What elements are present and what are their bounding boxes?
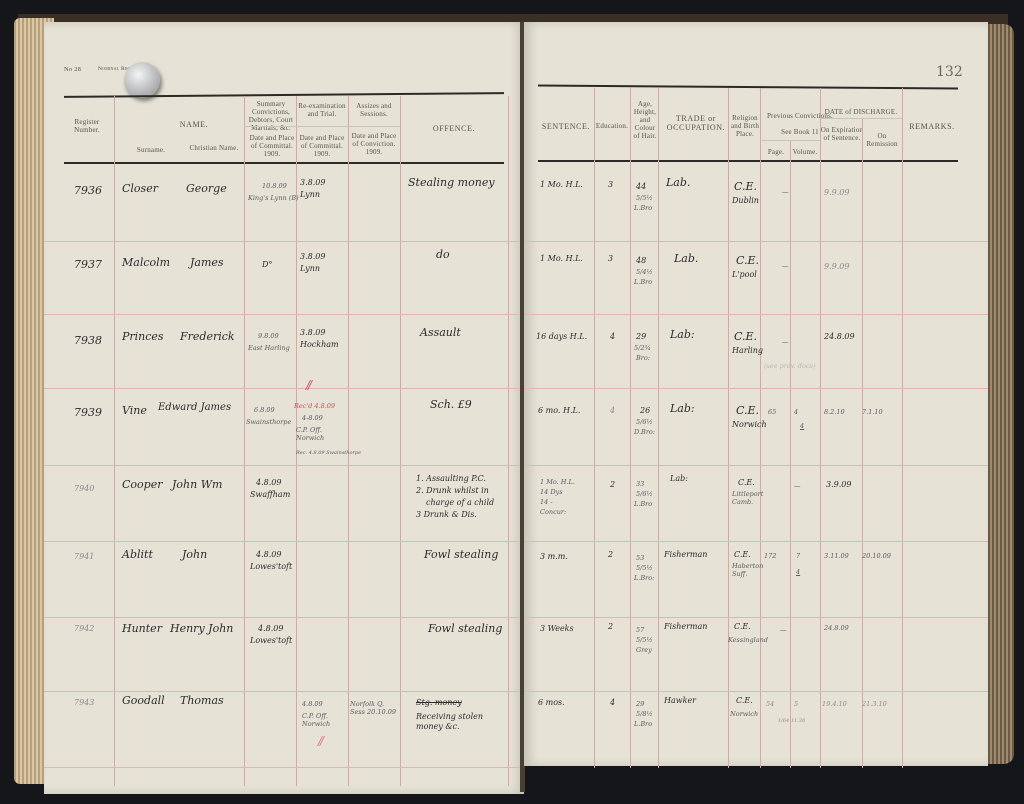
education: 4	[610, 698, 615, 708]
trade: Lab.	[666, 176, 690, 190]
summary-date: D°	[262, 260, 272, 270]
christian-name: Henry John	[170, 622, 233, 636]
sentence: 16 days H.L.	[536, 332, 587, 342]
surname: Goodall	[122, 694, 165, 708]
header-page: Page.	[762, 148, 790, 156]
row-divider	[44, 465, 524, 466]
offence-line: charge of a child	[426, 498, 494, 508]
prev-page: 65	[768, 408, 776, 416]
offence-line: 2. Drunk whilst in	[416, 486, 489, 496]
prev-page: —	[782, 262, 789, 270]
offence: Receiving stolen money &c.	[416, 712, 500, 732]
row-divider	[44, 314, 524, 315]
christian-name: Frederick	[180, 330, 235, 344]
hair: Grey	[636, 646, 652, 654]
offence-line: 1. Assaulting P.C.	[416, 474, 486, 484]
offence: Fowl stealing	[428, 622, 502, 636]
header-subdivider	[762, 140, 820, 141]
height: 5/5½	[636, 636, 653, 644]
sentence: 3 m.m.	[540, 552, 568, 562]
prev-extra: 4	[796, 568, 800, 576]
birth-place: Haberton Suff.	[732, 562, 762, 578]
on-expiration: 3.9.09	[826, 480, 851, 490]
header-reexam-date: Date and Place of Committal. 1909.	[298, 134, 346, 158]
christian-name: John	[182, 548, 207, 562]
surname: Ablitt	[122, 548, 153, 562]
col-divider	[728, 88, 729, 768]
register-number: 7937	[74, 258, 102, 272]
trade: Lab:	[670, 474, 688, 484]
row-divider	[524, 388, 988, 389]
register-number: 7938	[74, 334, 102, 348]
sentence: 3 Weeks	[540, 624, 574, 634]
height: 5/6½	[636, 490, 653, 498]
religion: C.E.	[734, 550, 751, 560]
prev-page: 54	[766, 700, 774, 708]
sentence: 6 mo. H.L.	[538, 406, 580, 416]
sentence: 1 Mo. H.L.	[540, 180, 583, 190]
header-education: Education.	[594, 122, 630, 130]
header-subdivider	[820, 118, 902, 119]
birth-place: Littleport Camb.	[732, 490, 762, 506]
height: 5/4½	[636, 268, 653, 276]
row-divider	[44, 767, 524, 768]
prev-page: 172	[764, 552, 776, 560]
reexam-date: 3.8.09	[300, 252, 325, 262]
header-assizes: Assizes and Sessions.	[350, 102, 398, 118]
christian-name: James	[190, 256, 224, 270]
header-name: NAME.	[134, 120, 254, 129]
prev-extra: 4	[800, 422, 804, 430]
col-divider	[114, 96, 115, 786]
offence-struck: Stg. money	[416, 698, 462, 708]
height: 5/5½	[636, 194, 653, 202]
religion: C.E.	[736, 254, 759, 268]
row-divider	[44, 541, 524, 542]
prev-page: —	[794, 482, 801, 490]
header-reexamination: Re-examination and Trial.	[298, 102, 346, 118]
register-number: 7940	[74, 484, 94, 494]
religion: C.E.	[736, 696, 753, 706]
birth-place: Norwich	[732, 420, 767, 430]
metal-pin	[124, 62, 160, 98]
education: 2	[610, 480, 615, 490]
height: 5/8½	[636, 710, 653, 718]
page-number: 132	[936, 64, 963, 80]
surname: Vine	[122, 404, 147, 418]
offence: Stealing money	[408, 176, 495, 190]
summary-date: 10.8.09	[262, 182, 287, 190]
christian-name: John Wm	[172, 478, 222, 492]
assizes: Norfolk Q. Sess 20.10.09	[350, 700, 398, 716]
trade: Lab:	[670, 328, 695, 342]
reexam-date: 4.8.09	[302, 700, 323, 708]
red-check-mark: //	[306, 378, 310, 393]
header-christian-name: Christian Name.	[174, 144, 254, 152]
header-rule-bottom	[64, 162, 504, 164]
christian-name: Edward James	[158, 402, 231, 415]
religion: C.E.	[734, 622, 751, 632]
trade: Fisherman	[664, 622, 707, 632]
on-remission: 7.1.10	[862, 408, 883, 416]
sentence-line: Concur:	[540, 508, 566, 516]
surname: Malcolm	[122, 256, 170, 270]
reexam-place: C.P. Off. Norwich	[302, 712, 348, 728]
height: 5/5½	[636, 564, 653, 572]
left-page: No 28 Nominal Register Register Number. …	[44, 22, 524, 794]
sentence-line: 14 -	[540, 498, 553, 506]
header-age-height: Age, Height, and Colour of Hair.	[632, 100, 658, 140]
header-volume: Volume.	[790, 148, 820, 156]
hair: L.Bro	[634, 500, 652, 508]
page-edges-right	[988, 24, 1014, 764]
on-remission: 20.10.09	[862, 552, 891, 560]
on-expiration: 9.9.09	[824, 262, 849, 272]
col-divider	[820, 88, 821, 768]
summary-date: 4.8.09	[256, 550, 281, 560]
summary-date: 9.8.09	[258, 332, 279, 340]
col-divider	[902, 88, 903, 768]
surname: Cooper	[122, 478, 162, 492]
religion: C.E.	[736, 404, 759, 418]
on-expiration: 19.4.10	[822, 700, 847, 708]
age: 44	[636, 182, 646, 192]
birth-place: L'pool	[732, 270, 757, 280]
col-divider	[244, 96, 245, 786]
hair: L.Bro	[634, 204, 652, 212]
red-check-mark: //	[318, 734, 322, 749]
offence: do	[436, 248, 450, 262]
education: 3	[608, 180, 613, 190]
summary-date: 6.8.09	[254, 406, 275, 414]
on-expiration: 9.9.09	[824, 188, 849, 198]
row-divider	[524, 241, 988, 242]
surname: Closer	[122, 182, 158, 196]
age: 53	[636, 554, 644, 562]
row-divider	[44, 241, 524, 242]
col-divider	[594, 88, 595, 768]
prev-page: —	[782, 188, 789, 196]
prev-volume: 4	[794, 408, 798, 416]
summary-place: Lowes'toft	[250, 562, 292, 572]
birth-place: Harling	[732, 346, 763, 356]
education: 4	[610, 406, 615, 416]
col-divider	[508, 96, 509, 786]
col-divider	[348, 96, 349, 786]
register-number: 7942	[74, 624, 94, 634]
education: 3	[608, 254, 613, 264]
hair: L.Bro:	[634, 574, 654, 582]
register-number: 7936	[74, 184, 102, 198]
row-divider	[44, 388, 524, 389]
summary-place: Swainsthorpe	[246, 418, 291, 426]
register-book: No 28 Nominal Register Register Number. …	[14, 14, 1014, 796]
age: 33	[636, 480, 644, 488]
header-assizes-date: Date and Place of Conviction. 1909.	[350, 132, 398, 156]
birth-place: Kessingland	[728, 636, 768, 644]
register-number: 7943	[74, 698, 94, 708]
header-register-number: Register Number.	[62, 118, 112, 134]
row-divider	[524, 541, 988, 542]
hair: D.Bro:	[634, 428, 655, 436]
reexam-red-note: Rec'd 4.8.09	[294, 402, 335, 410]
header-religion: Religion and Birth Place.	[730, 114, 760, 138]
summary-place: King's Lynn (B)	[248, 194, 299, 202]
reexam-date: 3.8.09	[300, 328, 325, 338]
row-divider	[44, 691, 524, 692]
offence: Assault	[420, 326, 461, 340]
reexam-place: Lynn	[300, 190, 320, 200]
header-remarks: REMARKS.	[902, 122, 962, 131]
col-divider	[630, 88, 631, 768]
row-divider	[524, 617, 988, 618]
religion: C.E.	[734, 180, 757, 194]
header-offence: OFFENCE.	[404, 124, 504, 133]
education: 2	[608, 622, 613, 632]
row-divider	[524, 465, 988, 466]
header-summary-date: Date and Place of Committal. 1909.	[248, 134, 296, 158]
offence-line: 3 Drunk & Dis.	[416, 510, 477, 520]
reexam-date: 3.8.09	[300, 178, 325, 188]
row-divider	[524, 314, 988, 315]
sentence-line: 14 Dys	[540, 488, 563, 496]
education: 4	[610, 332, 615, 342]
on-expiration: 8.2.10	[824, 408, 845, 416]
header-on-remission: On Remission	[862, 132, 902, 148]
prev-page: —	[780, 626, 787, 634]
birth-place: Norwich	[730, 710, 758, 718]
on-expiration: 24.8.09	[824, 624, 849, 632]
hair: L.Bro	[634, 278, 652, 286]
height: 5/2¾	[634, 344, 651, 352]
summary-place: Lowes'toft	[250, 636, 292, 646]
prev-note: (see prev. docs)	[764, 362, 815, 370]
christian-name: George	[186, 182, 227, 196]
header-sentence: SENTENCE.	[538, 122, 594, 131]
religion: C.E.	[734, 330, 757, 344]
header-rule-bottom	[538, 160, 958, 162]
header-date-of-discharge: DATE of DISCHARGE.	[820, 108, 902, 116]
offence: Sch. £9	[430, 398, 472, 412]
sentence: 6 mos.	[538, 698, 565, 708]
hair: L.Bro	[634, 720, 652, 728]
birth-place: Dublin	[732, 196, 759, 206]
row-divider	[524, 691, 988, 692]
reexam-place: Lynn	[300, 264, 320, 274]
reexam-place: Hockham	[300, 340, 339, 350]
education: 2	[608, 550, 613, 560]
reexam-place: C.P. Off. Norwich	[296, 426, 346, 442]
col-divider	[862, 118, 863, 768]
register-number: 7939	[74, 406, 102, 420]
hair: Bro:	[636, 354, 650, 362]
trade: Hawker	[664, 696, 696, 706]
row-divider	[44, 617, 524, 618]
trade: Lab:	[670, 402, 695, 416]
sentence: 1 Mo. H.L.	[540, 254, 583, 264]
prev-volume: 7	[796, 552, 800, 560]
on-expiration: 3.11.09	[824, 552, 849, 560]
on-expiration: 24.8.09	[824, 332, 855, 342]
header-rule-top	[538, 85, 958, 90]
surname: Princes	[122, 330, 164, 344]
prev-extra: 1/64 11.30	[778, 718, 805, 724]
reexam-date: 4-8.09	[302, 414, 323, 422]
age: 29	[636, 332, 646, 342]
summary-date: 4.8.09	[258, 624, 283, 634]
age: 26	[640, 406, 650, 416]
summary-place: East Harling	[248, 344, 290, 352]
header-subdivider	[244, 126, 400, 127]
col-divider	[400, 96, 401, 786]
summary-date: 4.8.09	[256, 478, 281, 488]
col-divider	[790, 140, 791, 768]
col-divider	[658, 88, 659, 768]
sentence-line: 1 Mo. H.L.	[540, 478, 575, 486]
header-summary-convictions: Summary Convictions, Debtors, Court Mart…	[246, 100, 296, 132]
height: 5/6½	[636, 418, 653, 426]
prev-volume: 5	[794, 700, 798, 708]
surname: Hunter	[122, 622, 162, 636]
offence: Fowl stealing	[424, 548, 498, 562]
religion: C.E.	[738, 478, 755, 488]
summary-place: Swaffham	[250, 490, 290, 500]
trade: Lab.	[674, 252, 698, 266]
header-on-expiration: On Expiration of Sentence.	[820, 126, 864, 142]
header-trade: TRADE or OCCUPATION.	[662, 114, 730, 132]
age: 29	[636, 700, 644, 708]
reexam-note: Rec. 4.8.09 Swainsthorpe	[296, 450, 361, 456]
form-number: No 28	[64, 66, 81, 73]
age: 48	[636, 256, 646, 266]
register-number: 7941	[74, 552, 94, 562]
age: 57	[636, 626, 644, 634]
christian-name: Thomas	[180, 694, 224, 708]
on-remission: 21.3.10	[862, 700, 887, 708]
right-page: 132 SENTENCE. Education. Age, Height, an…	[524, 22, 988, 766]
trade: Fisherman	[664, 550, 707, 560]
prev-page: —	[782, 338, 789, 346]
